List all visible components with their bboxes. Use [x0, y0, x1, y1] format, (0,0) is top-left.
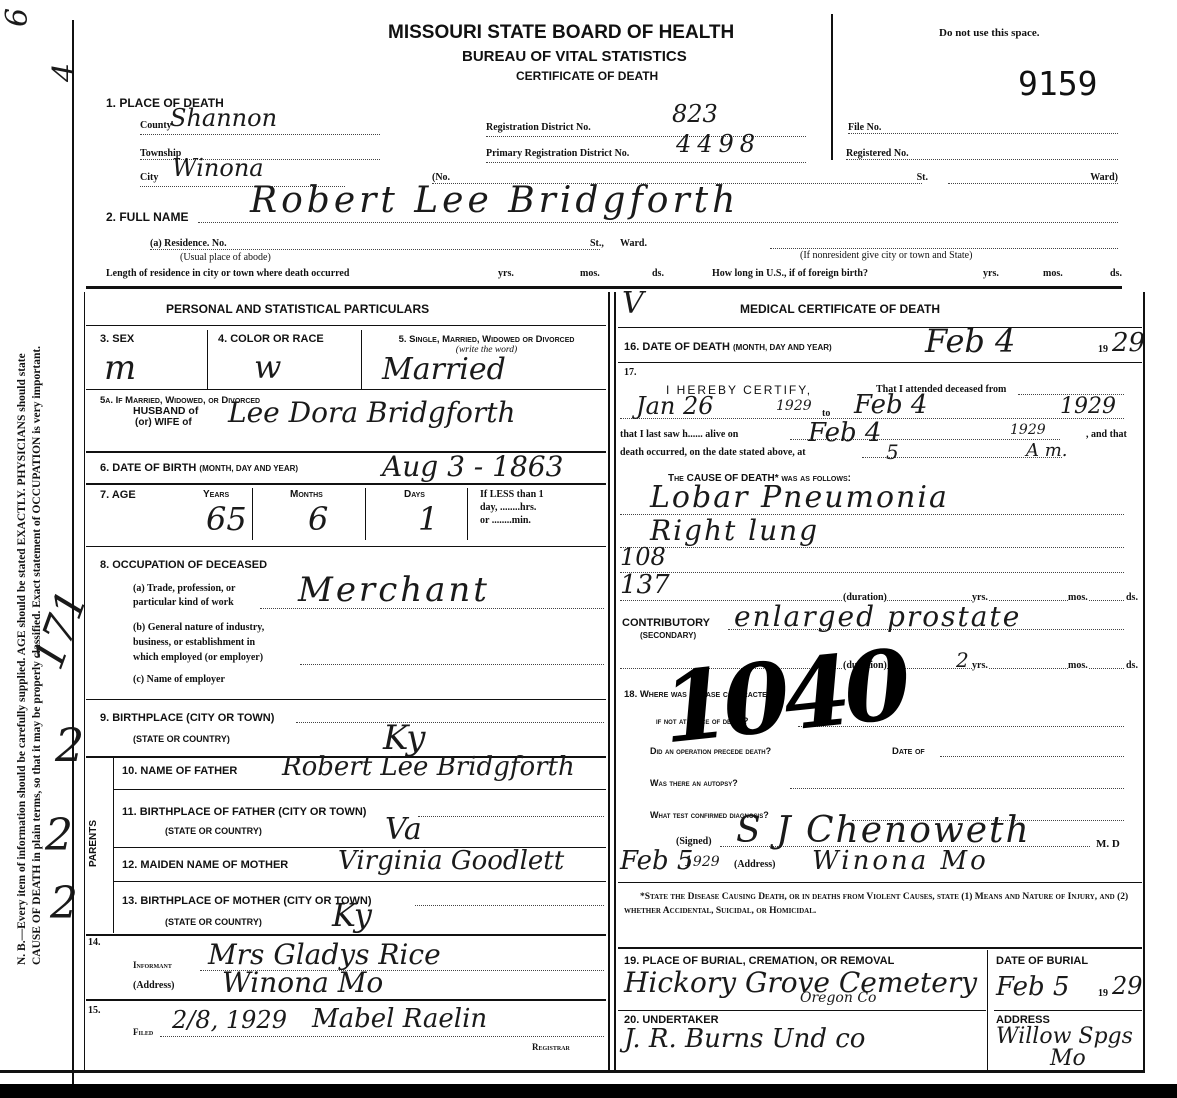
length-ds-label: ds. — [652, 268, 664, 279]
filed-value: 2/8, 1929 — [172, 1006, 287, 1034]
contributory-sub-label: (SECONDARY) — [640, 631, 696, 640]
length-yrs-label: yrs. — [498, 268, 514, 279]
attended-to-year: 1929 — [1060, 394, 1116, 419]
attended-from-value: Jan 26 — [636, 392, 714, 420]
registrar-value: Mabel Raelin — [312, 1004, 487, 1034]
right-column-border — [1143, 292, 1145, 1072]
residence-st-label: St., — [590, 238, 604, 249]
race-value: w — [254, 348, 281, 386]
filed-field[interactable] — [160, 1036, 604, 1037]
residence-sub-label: (Usual place of abode) — [180, 252, 271, 263]
bottom-border — [0, 1070, 1145, 1073]
burial-date-label: DATE OF BURIAL — [996, 955, 1088, 967]
last-saw-value: Feb 4 — [808, 418, 881, 448]
mother-birthplace-state-label: (STATE OR COUNTRY) — [165, 917, 262, 927]
cause-code-1: 108 — [620, 543, 666, 571]
cause-line-1-value: Lobar Pneumonia — [650, 480, 949, 515]
personal-section-title: PERSONAL AND STATISTICAL PARTICULARS — [166, 302, 429, 316]
trade-label-2: particular kind of work — [133, 596, 236, 610]
father-birthplace-city-field[interactable] — [418, 816, 604, 817]
divider — [467, 488, 468, 540]
divider — [618, 882, 1142, 883]
father-name-label: 10. NAME OF FATHER — [122, 765, 237, 777]
father-name-value: Robert Lee Bridgforth — [282, 752, 575, 782]
mother-name-label: 12. MAIDEN NAME OF MOTHER — [122, 859, 288, 871]
last-saw-year: 1929 — [1010, 422, 1046, 438]
cause-line-2-value: Right lung — [650, 514, 819, 547]
city-value: Winona — [172, 154, 264, 182]
contributory-mos-label: mos. — [1068, 660, 1088, 671]
trade-label-1: (a) Trade, profession, or — [133, 582, 236, 596]
margin-mark: 2 — [45, 810, 73, 861]
city-label: City — [140, 172, 158, 183]
margin-mark: 4 — [47, 63, 82, 82]
registration-district-value: 823 — [672, 100, 718, 128]
left-column-border — [84, 292, 85, 1072]
burial-date-value: Feb 5 — [996, 972, 1069, 1002]
file-no-field[interactable]: File No. — [848, 122, 1118, 134]
father-birthplace-value: Va — [385, 812, 422, 847]
divider — [365, 488, 366, 540]
mother-name-value: Virginia Goodlett — [338, 846, 564, 876]
length-of-residence-label: Length of residence in city or town wher… — [106, 268, 349, 279]
registrar-label: Registrar — [532, 1042, 570, 1052]
divider — [994, 1010, 1142, 1011]
form-title: MISSOURI STATE BOARD OF HEALTH — [388, 22, 734, 44]
birthplace-state-label: (STATE OR COUNTRY) — [133, 734, 230, 744]
trade-value: Merchant — [298, 570, 490, 610]
physician-signature: S J Chenoweth — [736, 810, 1031, 851]
county-label: County — [140, 120, 172, 131]
margin-mark: 2 — [55, 718, 84, 772]
contributory-ds-label: ds. — [1126, 660, 1138, 671]
father-birthplace-state-label: (STATE OR COUNTRY) — [165, 826, 262, 836]
burial-year-prefix: 19 — [1098, 988, 1108, 999]
physician-address-label: (Address) — [734, 859, 775, 870]
contributory-yrs-label: yrs. — [972, 660, 988, 671]
trade-label: (a) Trade, profession, or particular kin… — [133, 582, 236, 610]
contributory-label: CONTRIBUTORY — [622, 617, 710, 629]
cause-line-3-field[interactable] — [620, 572, 1124, 573]
divider — [207, 330, 208, 390]
side-note-line-1: N. B.—Every item of information should b… — [15, 145, 30, 965]
age-days-value: 1 — [418, 500, 438, 538]
column-divider — [608, 292, 610, 1072]
industry-label-1: (b) General nature of industry, — [133, 620, 264, 635]
undertaker-value: J. R. Burns Und co — [624, 1024, 865, 1054]
divider — [86, 325, 606, 326]
death-occurred-label: death occurred, on the date stated above… — [620, 447, 806, 458]
age-years-value: 65 — [206, 500, 247, 538]
ward-field[interactable]: Ward) — [948, 172, 1118, 184]
contributory-value: enlarged prostate — [734, 600, 1021, 633]
years-label: Years — [203, 489, 229, 500]
burial-year-value: 29 — [1112, 972, 1143, 1000]
divider — [86, 546, 606, 547]
dod-value: Feb 4 — [925, 322, 1015, 360]
industry-label: (b) General nature of industry, business… — [133, 620, 264, 665]
spouse-value: Lee Dora Bridgforth — [228, 396, 516, 429]
divider — [86, 389, 606, 390]
occupation-label: 8. OCCUPATION OF DECEASED — [100, 559, 267, 571]
birthplace-city-field[interactable] — [296, 722, 604, 723]
divider — [361, 330, 362, 390]
dod-year-prefix: 19 — [1098, 344, 1108, 355]
attended-to-value: Feb 4 — [854, 390, 927, 420]
stamp-number: 1040 — [657, 628, 911, 766]
dob-label: 6. DATE OF BIRTH (MONTH, DAY AND YEAR) — [100, 462, 298, 474]
sign-year-value: 1929 — [684, 854, 720, 870]
duration-ds-label: ds. — [1126, 592, 1138, 603]
dob-sub-label: (MONTH, DAY AND YEAR) — [199, 464, 298, 473]
industry-label-3: which employed (or employer) — [133, 650, 264, 665]
side-instructions: N. B.—Every item of information should b… — [15, 145, 45, 965]
divider — [252, 488, 253, 540]
days-label: Days — [404, 489, 425, 500]
form-border-left — [72, 20, 74, 1084]
attended-from-year: 1929 — [776, 398, 812, 414]
less-label-3: or ........min. — [480, 514, 544, 527]
less-label-1: If LESS than 1 — [480, 488, 544, 501]
industry-field[interactable] — [300, 664, 604, 665]
divider — [114, 881, 606, 882]
column-divider — [614, 292, 616, 1072]
ward-label: Ward) — [1090, 172, 1118, 183]
county-field[interactable]: County Shannon — [140, 120, 380, 135]
parents-bracket — [113, 758, 114, 933]
less-than-day-label: If LESS than 1 day, ........hrs. or ....… — [480, 488, 544, 527]
sex-label: 3. SEX — [100, 333, 134, 345]
father-birthplace-label: 11. BIRTHPLACE OF FATHER (CITY OR TOWN) — [122, 806, 366, 818]
filed-number: 15. — [88, 1005, 101, 1016]
certificate-number: 9159 — [1018, 64, 1097, 103]
birthplace-label: 9. BIRTHPLACE (CITY OR TOWN) — [100, 712, 274, 724]
and-that-label: , and that — [1086, 429, 1127, 440]
last-saw-label: that I last saw h...... alive on — [620, 429, 738, 440]
full-name-value: Robert Lee Bridgforth — [250, 180, 739, 221]
death-time-suffix: A m. — [1026, 440, 1068, 461]
race-label: 4. COLOR OR RACE — [218, 333, 324, 345]
operation-label: Did an operation precede death? — [650, 746, 771, 756]
residence-field[interactable]: (a) Residence. No. St., — [150, 238, 600, 250]
date-of-label: Date of — [892, 746, 925, 757]
registered-no-field[interactable]: Registered No. — [846, 148, 1118, 160]
months-label: Months — [290, 489, 323, 500]
file-no-label: File No. — [848, 122, 881, 133]
informant-label: Informant — [133, 960, 172, 970]
filed-label: Filed — [133, 1027, 153, 1037]
header-divider — [831, 14, 833, 160]
foreign-mos-label: mos. — [1043, 268, 1063, 279]
office-note: Do not use this space. — [939, 27, 1040, 39]
informant-number: 14. — [88, 937, 101, 948]
foreign-birth-label: How long in U.S., if of foreign birth? — [712, 268, 868, 279]
county-value: Shannon — [170, 104, 277, 132]
cause-line-2-field[interactable] — [620, 547, 1124, 548]
dod-label-text: 16. DATE OF DEATH — [624, 341, 730, 353]
age-label: 7. AGE — [100, 489, 136, 501]
less-label-2: day, ........hrs. — [480, 501, 544, 514]
foreign-ds-label: ds. — [1110, 268, 1122, 279]
side-note-line-2: CAUSE OF DEATH in plain terms, so that i… — [30, 145, 45, 965]
marital-label-text: 5. Single, Married, Widowed or Divorced — [374, 334, 599, 345]
parents-label: PARENTS — [88, 820, 99, 867]
divider — [86, 999, 606, 1001]
divider — [618, 327, 1142, 328]
operation-date-field[interactable] — [940, 756, 1124, 757]
divider — [618, 1010, 986, 1011]
md-label: M. D — [1096, 838, 1120, 850]
divider — [86, 699, 606, 700]
autopsy-field[interactable] — [790, 788, 1124, 789]
dod-year-value: 29 — [1112, 328, 1145, 358]
employer-label: (c) Name of employer — [133, 674, 225, 685]
spouse-label-3: (or) WIFE of — [135, 417, 192, 428]
burial-place-sub: Oregon Co — [800, 990, 876, 1006]
informant-address-label: (Address) — [133, 980, 174, 991]
divider — [86, 483, 606, 485]
registered-no-label: Registered No. — [846, 148, 909, 159]
age-months-value: 6 — [308, 500, 328, 538]
primary-registration-value: 4498 — [676, 130, 761, 158]
primary-registration-label: Primary Registration District No. — [486, 148, 629, 159]
sign-date-value: Feb 5 — [620, 846, 693, 876]
cause-code-2: 137 — [620, 570, 670, 600]
divider — [618, 362, 1142, 363]
physician-address-value: Winona Mo — [812, 846, 989, 876]
divider — [114, 789, 606, 790]
primary-registration-field[interactable]: Primary Registration District No. 4498 — [486, 148, 806, 163]
undertaker-address-line-2: Mo — [1050, 1046, 1086, 1071]
scan-edge — [0, 1084, 1177, 1098]
dob-value: Aug 3 - 1863 — [382, 450, 563, 483]
item-17-number: 17. — [624, 367, 637, 378]
informant-address-value: Winona Mo — [222, 966, 383, 999]
st-label: St. — [917, 172, 928, 183]
registration-district-label: Registration District No. — [486, 122, 591, 133]
sex-value: m — [104, 348, 136, 388]
full-name-label: 2. FULL NAME — [106, 210, 188, 224]
spouse-label-2: HUSBAND of — [133, 405, 198, 417]
mother-birthplace-value: Ky — [332, 896, 372, 934]
marital-value: Married — [382, 352, 506, 387]
footnote: *State the Disease Causing Death, or in … — [624, 890, 1136, 918]
medical-section-title: MEDICAL CERTIFICATE OF DEATH — [740, 302, 940, 316]
industry-label-2: business, or establishment in — [133, 635, 264, 650]
dod-label: 16. DATE OF DEATH (MONTH, DAY AND YEAR) — [624, 341, 832, 353]
check-mark: V — [622, 286, 644, 321]
divider — [618, 947, 1142, 949]
foreign-yrs-label: yrs. — [983, 268, 999, 279]
mother-birthplace-city-field[interactable] — [415, 905, 604, 906]
death-time-value: 5 — [886, 440, 899, 464]
nonresident-field[interactable] — [770, 248, 1118, 249]
dob-label-text: 6. DATE OF BIRTH — [100, 462, 196, 474]
form-subtitle: BUREAU OF VITAL STATISTICS — [462, 48, 687, 65]
form-name: CERTIFICATE OF DEATH — [516, 69, 658, 83]
dod-sub-label: (MONTH, DAY AND YEAR) — [733, 343, 832, 352]
divider — [86, 286, 1122, 289]
autopsy-label: Was there an autopsy? — [650, 778, 738, 788]
contributory-duration-value: 2 — [956, 648, 969, 672]
residence-ward-label: Ward. — [620, 238, 647, 249]
nonresident-note: (If nonresident give city or town and St… — [800, 250, 972, 261]
duration-mos-label: mos. — [1068, 592, 1088, 603]
divider — [86, 934, 606, 936]
margin-mark: 6 — [0, 8, 35, 27]
length-mos-label: mos. — [580, 268, 600, 279]
divider — [987, 950, 988, 1070]
residence-label: (a) Residence. No. — [150, 238, 227, 249]
